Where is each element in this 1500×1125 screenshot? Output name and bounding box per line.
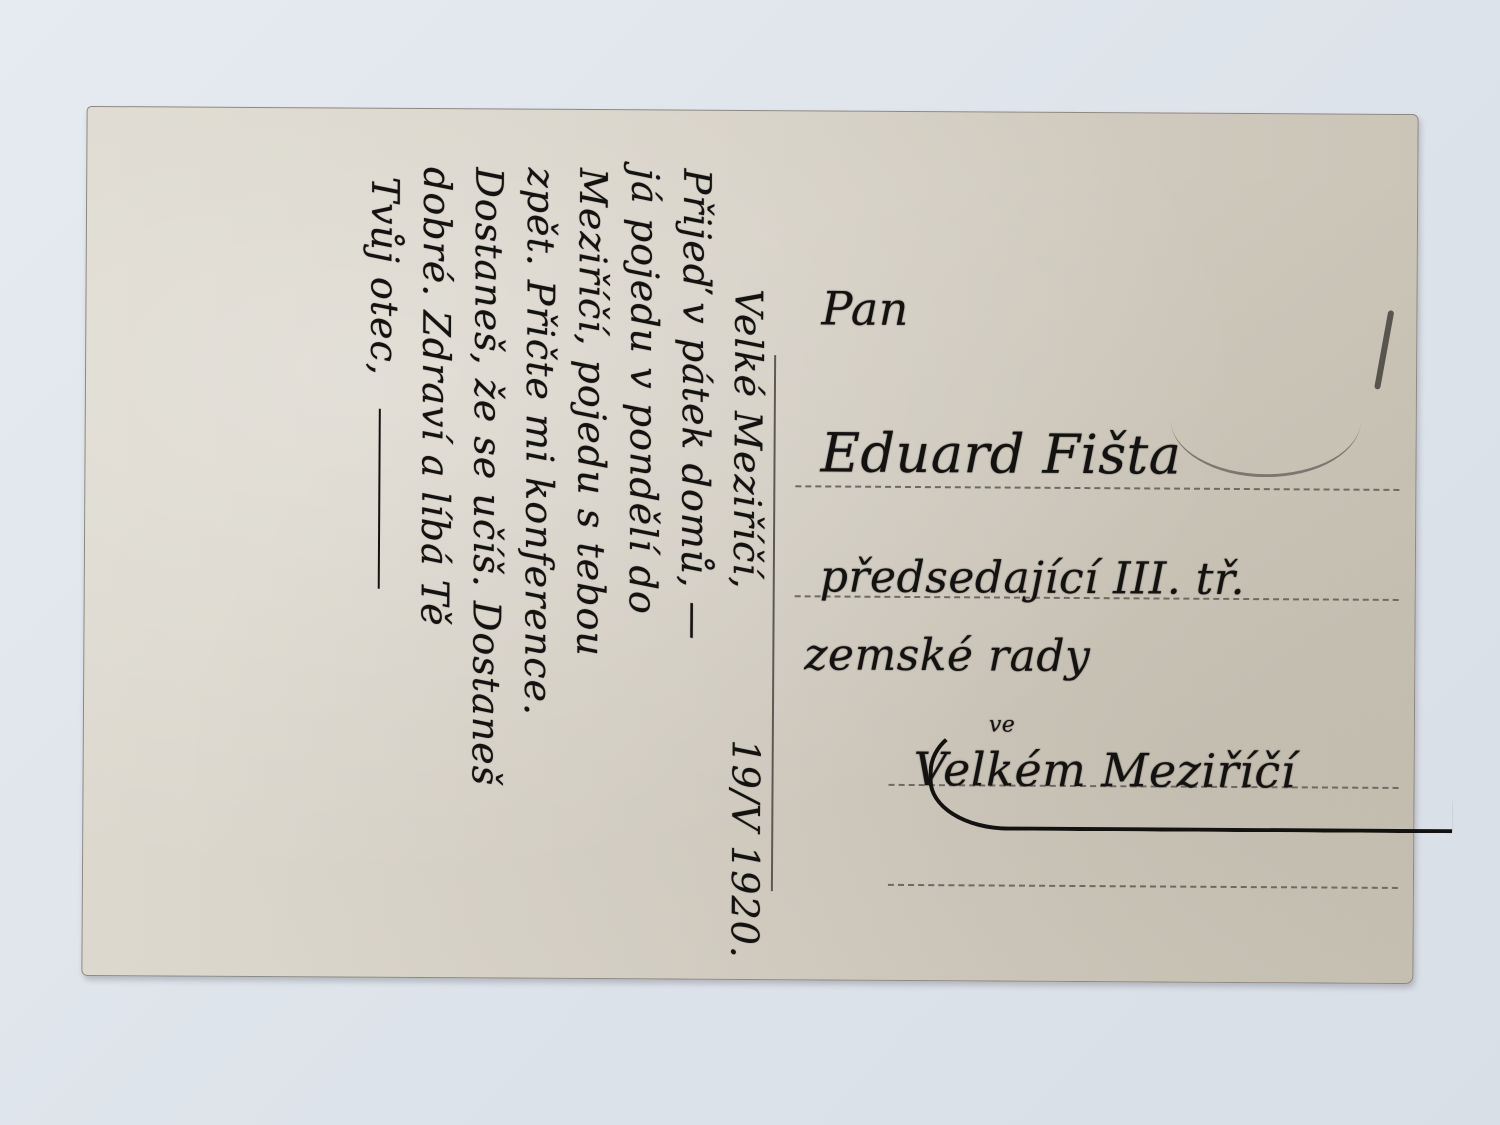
message-line-4: zpět. Přičte mi konference.: [510, 168, 567, 958]
message-place: Velké Meziříčí,: [721, 289, 775, 590]
message-line-5: Dostaneš, že se učíš. Dostaneš: [458, 167, 515, 957]
address-dotted-line-4: [888, 884, 1398, 889]
message-rotated-text: Velké Meziříčí, 19/V 1920. Přijeď v páte…: [354, 167, 775, 960]
message-header: Velké Meziříčí, 19/V 1920.: [718, 169, 775, 959]
message-signature: Tvůj otec,: [362, 177, 407, 376]
address-line-town: Velkém Meziříčí: [913, 742, 1296, 798]
address-block: Pan Eduard Fišta předsedající III. tř. z…: [88, 107, 1418, 115]
message-line-3: Meziříčí, pojedu s tebou: [562, 168, 619, 958]
message-block: Velké Meziříčí, 19/V 1920. Přijeď v páte…: [210, 166, 775, 959]
postmark-arc: [1170, 394, 1361, 478]
postcard: Pan Eduard Fišta předsedající III. tř. z…: [81, 106, 1418, 984]
address-line-position: předsedající III. tř.: [820, 551, 1246, 605]
postmark-edge-mark: [1374, 310, 1394, 390]
message-line-2: já pojedu v pondělí do: [614, 168, 671, 958]
address-recipient-name: Eduard Fišta: [820, 421, 1181, 486]
message-signature-row: Tvůj otec,: [354, 167, 411, 957]
signature-underline: [378, 409, 381, 589]
message-line-6: dobré. Zdraví a líbá Tě: [406, 167, 463, 957]
message-date: 19/V 1920.: [718, 739, 771, 959]
address-salutation: Pan: [821, 281, 909, 336]
address-line-organization: zemské rady: [804, 629, 1090, 682]
message-line-1: Přijeď v pátek domů, —: [666, 169, 723, 959]
